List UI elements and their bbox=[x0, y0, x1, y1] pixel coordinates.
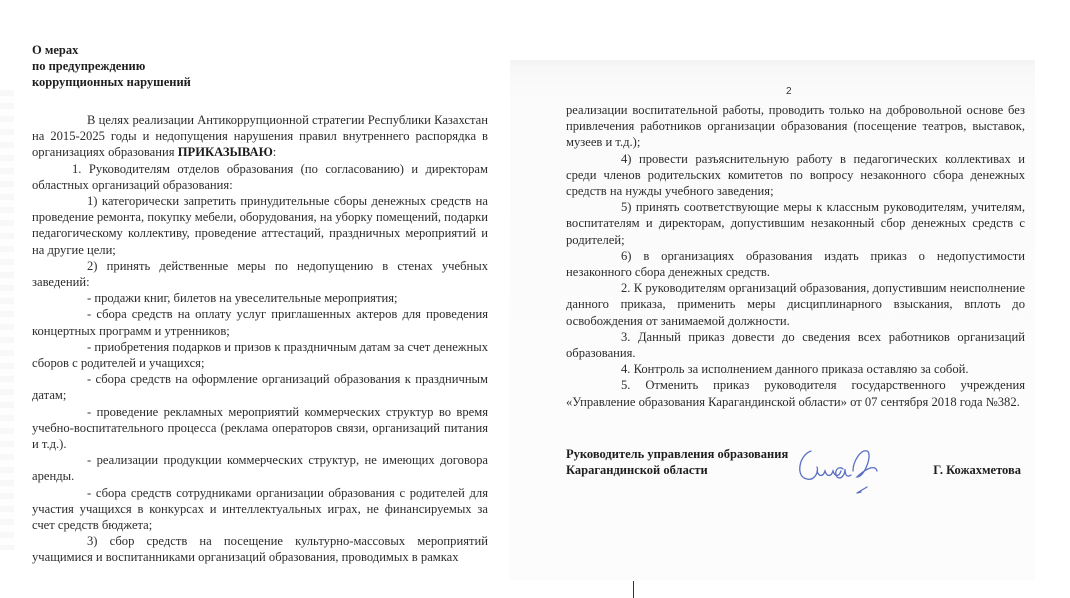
page-1-body: В целях реализации Антикоррупционной стр… bbox=[32, 112, 488, 566]
page-number: 2 bbox=[786, 86, 792, 97]
clause-paragraph: 5. Отменить приказ руководителя государс… bbox=[566, 377, 1025, 409]
list-item: - проведение рекламных мероприятий комме… bbox=[32, 404, 488, 453]
signatory-region: Карагандинской области bbox=[566, 462, 708, 478]
clause-paragraph: 4. Контроль за исполнением данного прика… bbox=[566, 361, 1025, 377]
title-line: по предупреждению bbox=[32, 58, 191, 74]
clause-paragraph: 3) сбор средств на посещение культурно-м… bbox=[32, 533, 488, 565]
preamble-paragraph: В целях реализации Антикоррупционной стр… bbox=[32, 112, 488, 161]
list-item: - сбора средств на оплату услуг приглаше… bbox=[32, 306, 488, 338]
title-line: коррупционных нарушений bbox=[32, 74, 191, 90]
clause-paragraph: 3. Данный приказ довести до сведения все… bbox=[566, 329, 1025, 361]
signatory-position: Руководитель управления образования bbox=[566, 446, 788, 462]
clause-paragraph: 4) провести разъяснительную работу в пед… bbox=[566, 151, 1025, 200]
list-item: - продажи книг, билетов на увеселительны… bbox=[32, 290, 488, 306]
order-keyword: ПРИКАЗЫВАЮ bbox=[178, 145, 273, 159]
document-title: О мерах по предупреждению коррупционных … bbox=[32, 42, 191, 90]
clause-paragraph: 5) принять соответствующие меры к классн… bbox=[566, 199, 1025, 248]
page-2-body: реализации воспитательной работы, провод… bbox=[566, 102, 1025, 410]
list-item: - сбора средств на оформление организаци… bbox=[32, 371, 488, 403]
clause-paragraph: 1. Руководителям отделов образования (по… bbox=[32, 161, 488, 193]
title-line: О мерах bbox=[32, 42, 191, 58]
list-item: - приобретения подарков и призов к празд… bbox=[32, 339, 488, 371]
scan-edge-artifact bbox=[0, 90, 14, 550]
clause-paragraph: 1) категорически запретить принудительны… bbox=[32, 193, 488, 258]
clause-paragraph: 2. К руководителям организаций образован… bbox=[566, 280, 1025, 329]
signatory-name: Г. Кожахметова bbox=[933, 462, 1021, 478]
clause-paragraph: 6) в организациях образования издать при… bbox=[566, 248, 1025, 280]
list-item: - реализации продукции коммерческих стру… bbox=[32, 452, 488, 484]
continued-paragraph: реализации воспитательной работы, провод… bbox=[566, 102, 1025, 151]
clause-paragraph: 2) принять действенные меры по недопущен… bbox=[32, 258, 488, 290]
scan-gutter-mark bbox=[633, 581, 634, 598]
preamble-suffix: : bbox=[273, 145, 277, 159]
handwritten-signature-icon bbox=[793, 441, 893, 501]
list-item: - сбора средств сотрудниками организации… bbox=[32, 485, 488, 534]
